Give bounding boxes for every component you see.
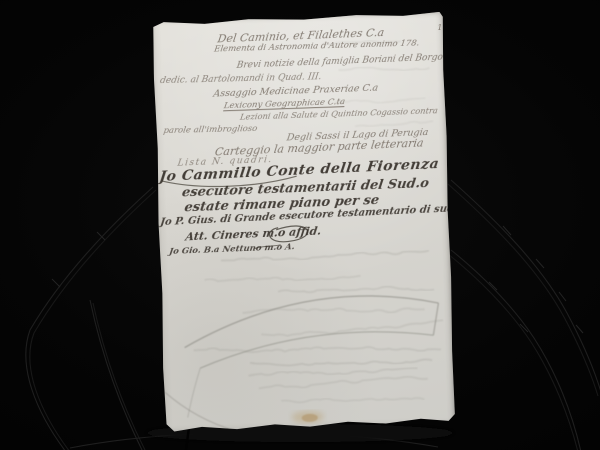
page-number-mark: 1 <box>437 23 442 32</box>
index-line: parole all'imbroglioso <box>163 125 258 136</box>
manuscript-page: Del Caminio, et Filalethes C.aElementa d… <box>152 12 456 434</box>
manuscript-photo: Del Caminio, et Filalethes C.aElementa d… <box>0 0 600 450</box>
ink-stain <box>292 411 324 424</box>
corner-pencil-arc <box>165 390 236 433</box>
